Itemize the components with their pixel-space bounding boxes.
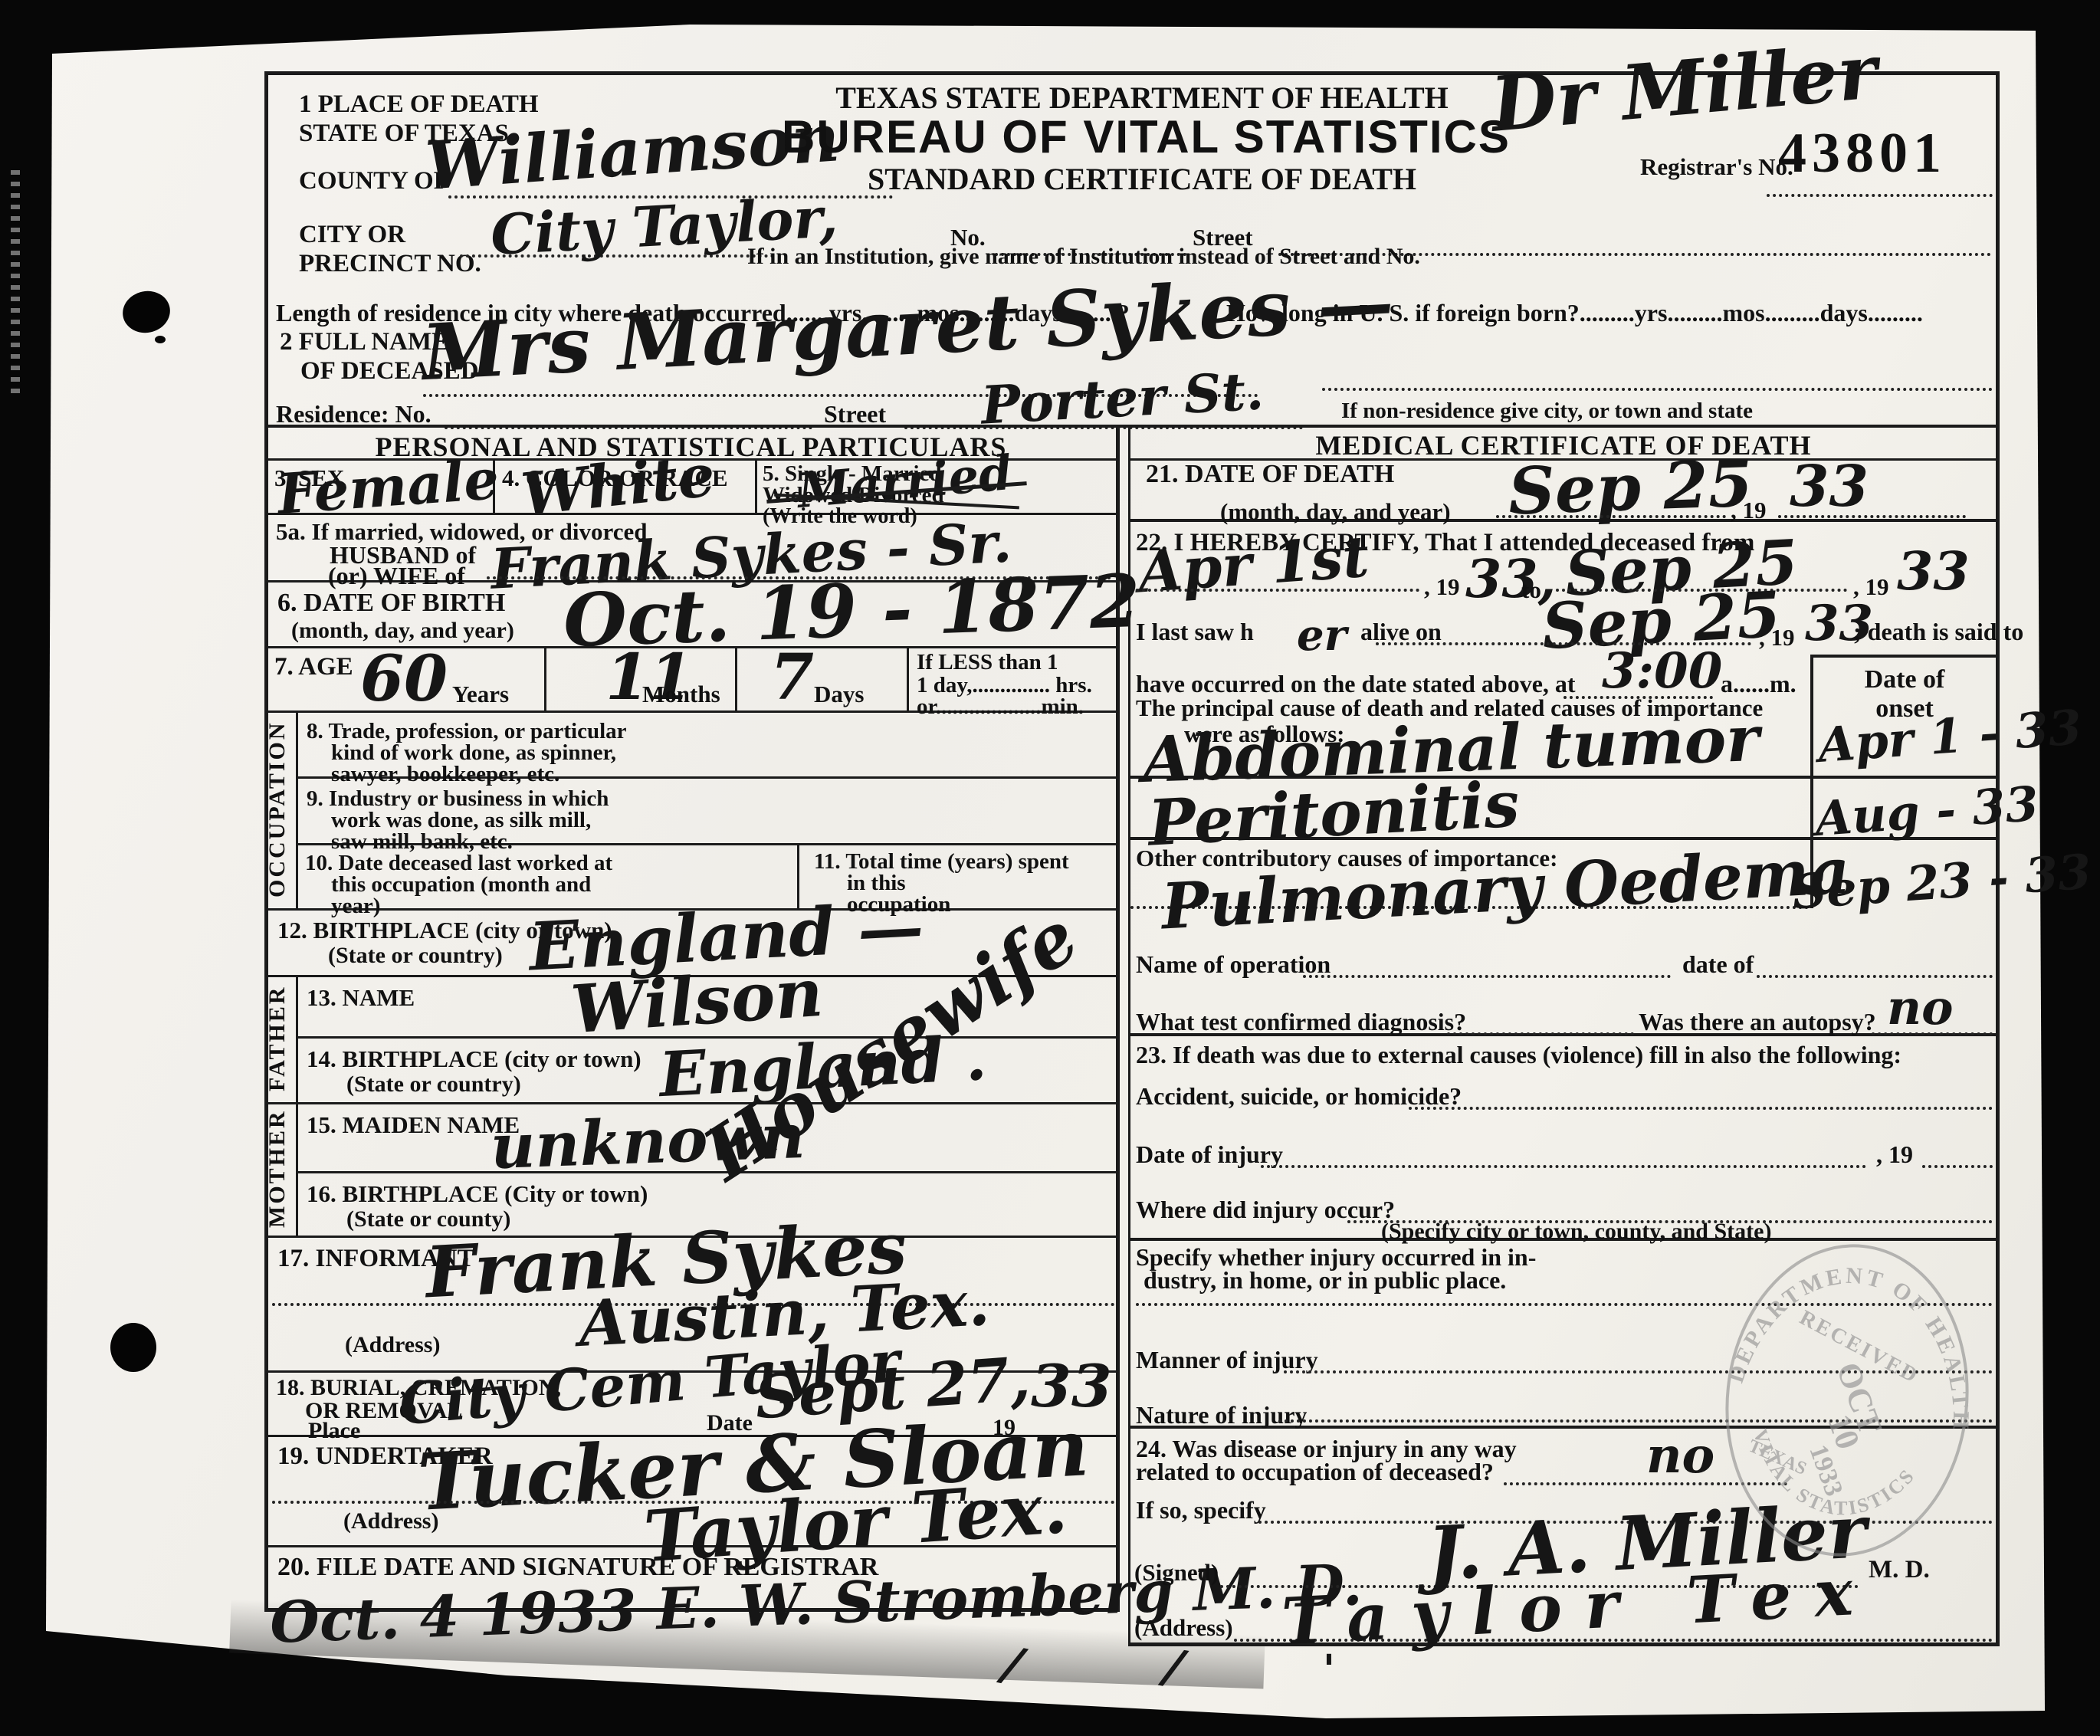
- injury-place-label-2: dustry, in home, or in public place.: [1144, 1266, 1506, 1295]
- age-less-label-1: If LESS than 1: [917, 650, 1058, 675]
- q8-line-3: sawyer, bookkeeper, etc.: [331, 762, 559, 787]
- q18-place-label: Place: [308, 1418, 360, 1444]
- divider-age-3: [907, 646, 909, 710]
- accident-leader: [1409, 1107, 1993, 1110]
- nonresidence-leader: [1322, 388, 1993, 391]
- operation-leader-2: [1757, 975, 1993, 978]
- certificate-title: STANDARD CERTIFICATE OF DEATH: [782, 161, 1502, 197]
- q10-line-3: year): [331, 894, 380, 919]
- registrar-no-leader: [1767, 194, 1993, 197]
- autopsy-label: Was there an autopsy?: [1639, 1008, 1876, 1036]
- operation-label: Name of operation: [1136, 950, 1331, 979]
- q16-label: 16. BIRTHPLACE (City or town): [307, 1180, 648, 1208]
- age-years-label: Years: [452, 681, 509, 708]
- received-stamp: DEPARTMENT OF HEALTH RECEIVED OCT 10 193…: [1698, 1222, 1996, 1578]
- age-months-label: Months: [642, 681, 720, 708]
- ifso-label: If so, specify: [1136, 1496, 1266, 1524]
- autopsy-handwritten-value: no: [1887, 980, 1953, 1035]
- q15-handwritten-value: unknown: [489, 1100, 806, 1183]
- stray-mark-3: ': [1323, 1646, 1335, 1693]
- operation-leader-1: [1303, 975, 1671, 978]
- q24-label-2: related to occupation of deceased?: [1136, 1458, 1494, 1486]
- injury-specify-label: (Specify city or town, county, and State…: [1381, 1219, 1771, 1245]
- age-years-handwritten: 60: [360, 642, 448, 716]
- q22-to-printed: to: [1521, 576, 1541, 604]
- q21-year-handwritten: 33: [1790, 454, 1869, 520]
- father-side-label: FATHER: [264, 975, 296, 1102]
- q21-19-printed: , 19: [1731, 497, 1767, 524]
- band-top-rule: [264, 425, 1996, 428]
- last-saw-19-printed: , 19: [1759, 624, 1795, 651]
- onset-label-1: Date of: [1816, 665, 1993, 694]
- nonresidence-note: If non-residence give city, or town and …: [1341, 399, 1753, 424]
- q23-label: 23. If death was due to external causes …: [1136, 1041, 1901, 1069]
- age-days-handwritten: 7: [770, 641, 814, 714]
- q14-sub-label: (State or country): [346, 1071, 521, 1098]
- registrar-no-value: 43801: [1778, 121, 1947, 186]
- test-leader: [1447, 1032, 1634, 1035]
- film-edge-marks: [11, 170, 20, 400]
- mother-strip-divider: [296, 1102, 298, 1236]
- q14-label: 14. BIRTHPLACE (city or town): [307, 1045, 641, 1073]
- last-saw-printed-3: ; death is said to: [1853, 618, 2023, 646]
- last-saw-printed-1: I last saw h: [1136, 618, 1254, 646]
- registrar-no-label: Registrar's No.: [1640, 153, 1793, 181]
- q21-label: 21. DATE OF DEATH: [1146, 460, 1394, 489]
- city-or-label: CITY OR: [299, 221, 405, 249]
- q22-year-b-handwritten: 33: [1897, 541, 1970, 602]
- q24-handwritten-value: no: [1646, 1427, 1714, 1485]
- q21-sub-label: (month, day, and year): [1220, 498, 1451, 526]
- precinct-no-label: PRECINCT NO.: [299, 250, 481, 278]
- punch-hole-bottom: [110, 1323, 156, 1372]
- injury-date-leader-2: [1922, 1165, 1993, 1168]
- injury-19-printed: , 19: [1876, 1140, 1913, 1169]
- test-label: What test confirmed diagnosis?: [1136, 1008, 1466, 1036]
- operation-date-label: date of: [1682, 950, 1754, 979]
- age-less-label-3: or...................min.: [917, 694, 1084, 720]
- address-label: (Address): [1134, 1614, 1233, 1642]
- age-days-label: Days: [814, 681, 864, 708]
- dob-label: 6. DATE OF BIRTH: [277, 589, 505, 618]
- q15-label: 15. MAIDEN NAME: [307, 1111, 520, 1139]
- father-strip-divider: [296, 975, 298, 1102]
- age-label: 7. AGE: [274, 653, 353, 681]
- occupation-strip-divider: [296, 710, 298, 908]
- last-saw-her-handwritten: er: [1297, 610, 1347, 661]
- divider-race-marital: [755, 458, 757, 513]
- q22-19a-printed: , 19: [1424, 573, 1460, 601]
- q12-sub-label: (State or country): [328, 943, 503, 969]
- nature-label: Nature of injury: [1136, 1401, 1307, 1429]
- scanned-death-certificate: 1 PLACE OF DEATH STATE OF TEXAS COUNTY O…: [0, 0, 2100, 1736]
- mother-side-label: MOTHER: [264, 1102, 296, 1236]
- q17-address-label: (Address): [345, 1332, 440, 1358]
- place-of-death-label: 1 PLACE OF DEATH: [299, 90, 539, 119]
- q21-leader-2: [1778, 515, 1966, 518]
- occurred-time-handwritten: 3:00: [1602, 642, 1722, 700]
- q21-leader-1: [1496, 515, 1726, 518]
- autopsy-leader: [1872, 1032, 1993, 1035]
- injury-date-leader-1: [1261, 1165, 1866, 1168]
- dob-sub-label: (month, day, and year): [291, 618, 514, 644]
- signed-label: (Signed): [1134, 1559, 1219, 1587]
- divider-age-1: [544, 646, 546, 710]
- occupation-side-label: OCCUPATION: [264, 710, 296, 908]
- q13-label: 13. NAME: [307, 984, 415, 1012]
- punch-hole-speck: [155, 336, 166, 343]
- q19-address-label: (Address): [343, 1508, 438, 1534]
- bureau-title: BUREAU OF VITAL STATISTICS: [782, 110, 1502, 163]
- wife-of-label: (or) WIFE of: [328, 562, 465, 590]
- onset-box-top: [1810, 655, 1996, 658]
- q22-leader-1: [1136, 589, 1419, 592]
